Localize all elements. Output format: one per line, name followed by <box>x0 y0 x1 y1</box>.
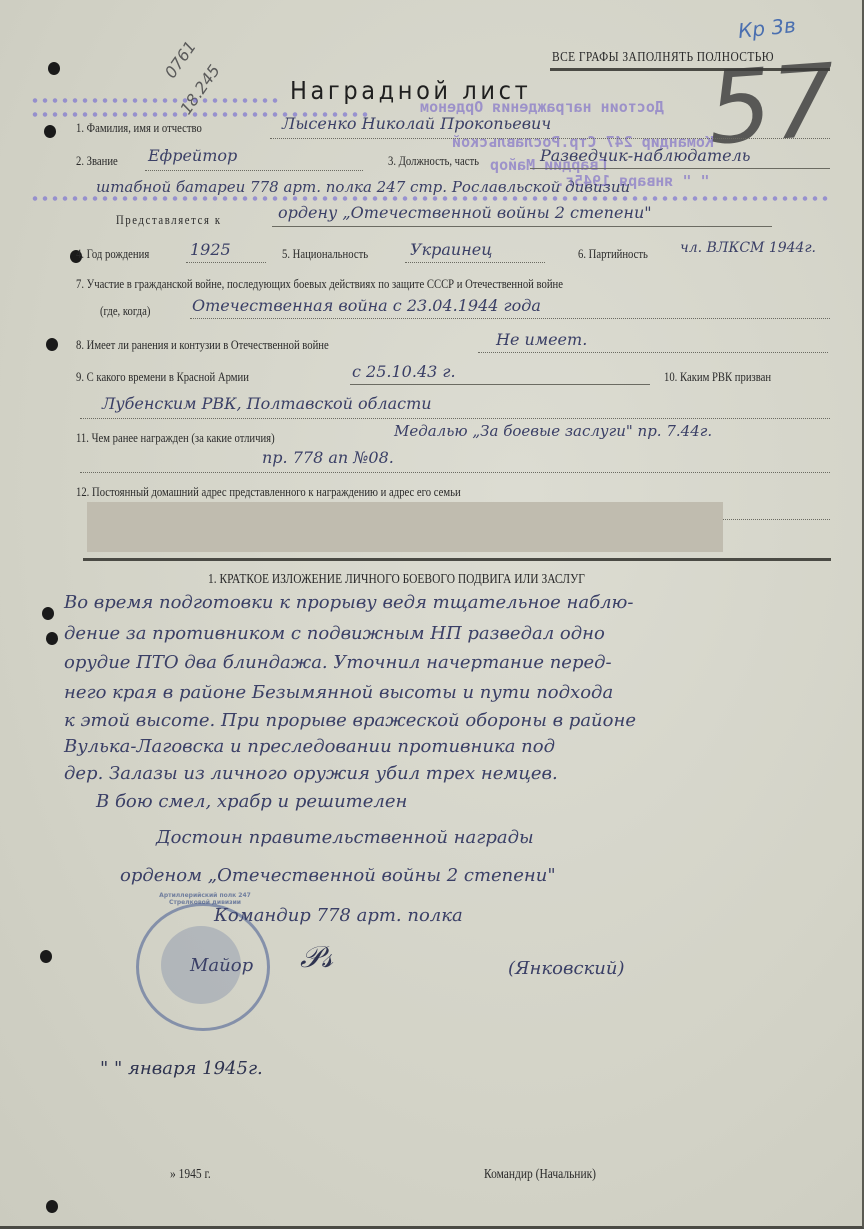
stamp-dots <box>30 98 280 103</box>
signature-rank: Майор <box>190 955 253 976</box>
resolution-signature: 57 <box>705 51 839 160</box>
field-12-label: 12. Постоянный домашний адрес представле… <box>76 484 461 500</box>
narrative-line: него края в районе Безымянной высоты и п… <box>64 682 613 703</box>
archive-number: 0761 <box>161 37 200 81</box>
narrative-line: орденом „Отечественной войны 2 степени" <box>120 865 556 886</box>
field-10-value: Лубенским РВК, Полтавской области <box>102 394 432 413</box>
field-6-value: чл. ВЛКСМ 1944г. <box>680 240 816 256</box>
field-7-value: Отечественная война с 23.04.1944 года <box>192 296 541 315</box>
punch-hole <box>42 607 54 620</box>
field-7-label-2: (где, когда) <box>100 303 150 319</box>
fill-line <box>405 262 545 263</box>
field-4-label: 4. Год рождения <box>76 246 149 262</box>
fill-line <box>145 170 363 171</box>
field-3-label: 3. Должность, часть <box>388 153 479 169</box>
fill-line <box>190 318 830 319</box>
field-5-label: 5. Национальность <box>282 246 368 262</box>
field-8-label: 8. Имеет ли ранения и контузии в Отечест… <box>76 337 329 353</box>
field-11-value: Медалью „За боевые заслуги" пр. 7.44г. <box>394 422 712 440</box>
narrative-line: Достоин правительственной награды <box>156 827 534 848</box>
fill-line <box>350 384 650 385</box>
signature-name: (Янковский) <box>508 958 625 979</box>
field-3-value: Разведчик-наблюдатель <box>540 146 751 165</box>
narrative-line: В бою смел, храбр и решителен <box>96 791 407 812</box>
fill-line <box>272 226 772 227</box>
field-5-value: Украинец <box>410 240 492 259</box>
commander-signature: 𝒫𝓈 <box>300 940 333 975</box>
narrative-line: дер. Залазы из личного оружия убил трех … <box>64 763 558 784</box>
section-title: 1. КРАТКОЕ ИЗЛОЖЕНИЕ ЛИЧНОГО БОЕВОГО ПОД… <box>208 572 585 588</box>
section-divider <box>83 558 831 561</box>
nominated-label: Представляется к <box>116 212 222 228</box>
fill-line <box>80 472 830 473</box>
field-7-label: 7. Участие в гражданской войне, последую… <box>76 276 563 292</box>
field-6-label: 6. Партийность <box>578 246 648 262</box>
field-1-label: 1. Фамилия, имя и отчество <box>76 120 202 136</box>
signature-position: Командир 778 арт. полка <box>214 905 463 926</box>
narrative-line: орудие ПТО два блиндажа. Уточнил начерта… <box>64 652 612 673</box>
corner-mark: Кр 3в <box>737 13 797 43</box>
footer-date: » 1945 г. <box>170 1167 211 1183</box>
punch-hole <box>40 950 52 963</box>
fill-line <box>80 418 830 419</box>
field-11-label: 11. Чем ранее награжден (за какие отличи… <box>76 430 275 446</box>
field-4-value: 1925 <box>190 240 231 259</box>
narrative-line: Вулька-Лаговска и преследовании противни… <box>64 736 555 757</box>
narrative-line: Во время подготовки к прорыву ведя тщате… <box>64 592 633 613</box>
narrative-line: дение за противником с подвижным НП разв… <box>64 623 605 644</box>
seal-text: Артиллерийский полк 247 Стрелковой дивиз… <box>140 892 270 906</box>
punch-hole <box>44 125 56 138</box>
field-8-value: Не имеет. <box>496 330 587 349</box>
redacted-address <box>87 502 723 552</box>
footer-commander-label: Командир (Начальник) <box>484 1167 596 1183</box>
award-sheet: Кр 3в 0761 18.245 ВСЕ ГРАФЫ ЗАПОЛНЯТЬ ПО… <box>0 0 864 1229</box>
fill-line <box>723 519 830 520</box>
field-1-value: Лысенко Николай Прокопьевич <box>282 114 551 133</box>
punch-hole <box>48 62 60 75</box>
fill-line <box>530 168 830 169</box>
stamp-dots <box>30 196 830 201</box>
field-9-value: с 25.10.43 г. <box>352 362 456 381</box>
punch-hole <box>46 1200 58 1213</box>
punch-hole <box>46 338 58 351</box>
field-10-label: 10. Каким РВК призван <box>664 369 771 385</box>
narrative-line: к этой высоте. При прорыве вражеской обо… <box>64 710 636 731</box>
fill-line <box>186 262 266 263</box>
field-2-value: Ефрейтор <box>148 146 237 165</box>
field-9-label: 9. С какого времени в Красной Армии <box>76 369 249 385</box>
nominated-value: ордену „Отечественной войны 2 степени" <box>278 203 652 222</box>
field-3-value-continued: штабной батареи 778 арт. полка 247 стр. … <box>96 178 630 196</box>
signature-date: " " января 1945г. <box>100 1058 263 1079</box>
fill-line <box>478 352 828 353</box>
field-11-value-continued: пр. 778 ап №08. <box>262 448 394 467</box>
fill-line <box>270 138 830 139</box>
punch-hole <box>46 632 58 645</box>
field-2-label: 2. Звание <box>76 153 118 169</box>
